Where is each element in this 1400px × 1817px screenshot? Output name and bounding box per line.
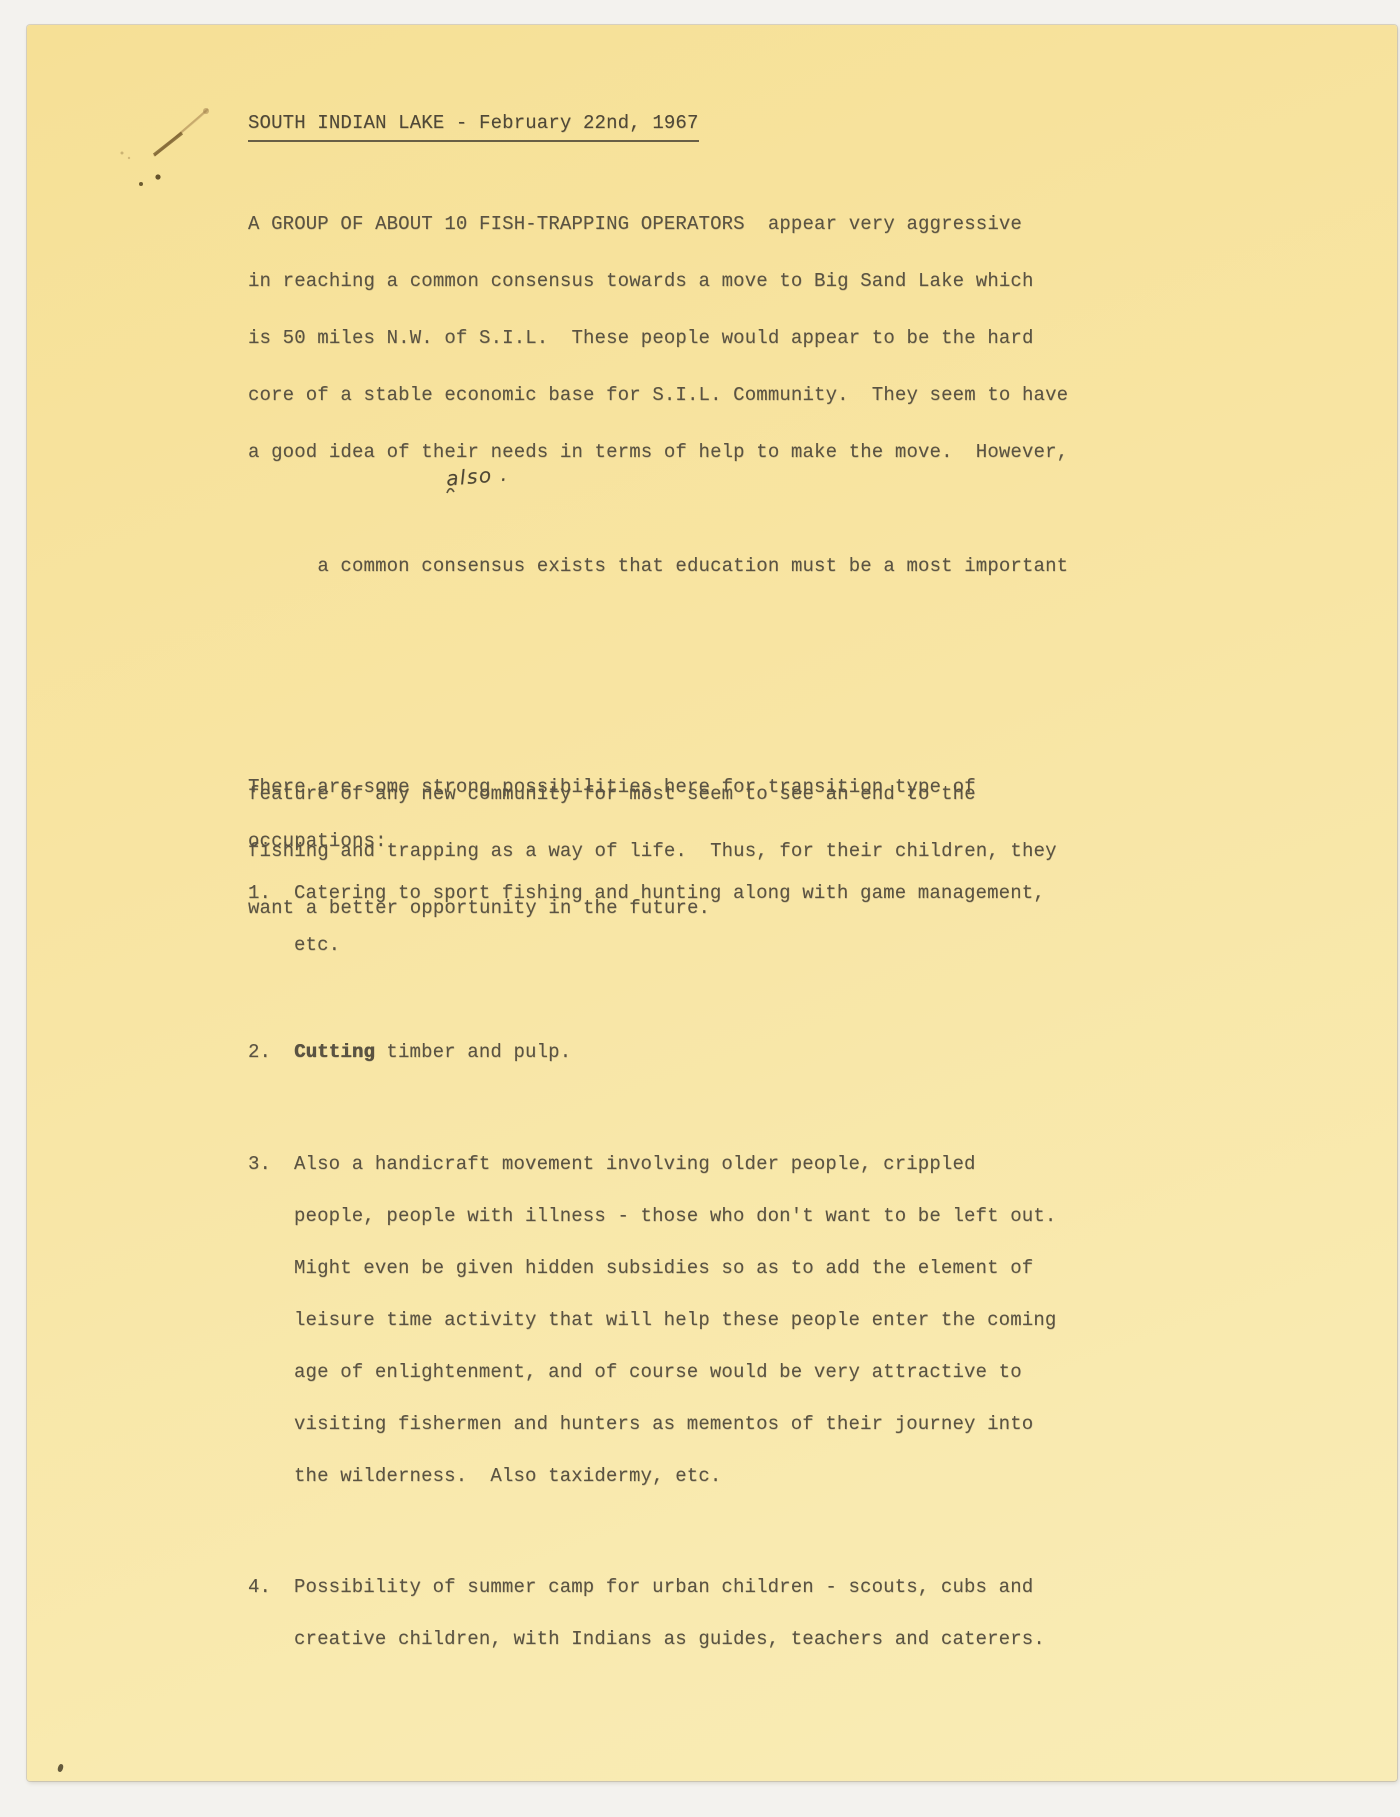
text-line: in reaching a common consensus towards a… [248,253,1068,310]
list-number: 2. [248,1026,294,1078]
list-item-4: 4. Possibility of summer camp for urban … [248,1561,1045,1665]
text-line: leisure time activity that will help the… [294,1294,1056,1346]
text-line: Might even be given hidden subsidies so … [294,1242,1056,1294]
list-number: 3. [248,1138,294,1502]
paragraph-2: There are some strong possibilities here… [248,760,976,868]
text-line: Cutting timber and pulp. [294,1026,571,1078]
text-line: people, people with illness - those who … [294,1190,1056,1242]
text-line: creative children, with Indians as guide… [294,1613,1045,1665]
list-item-text: Also a handicraft movement involving old… [294,1138,1056,1502]
line-rest: timber and pulp. [375,1041,571,1063]
text-line: is 50 miles N.W. of S.I.L. These people … [248,310,1068,367]
text-line: Catering to sport fishing and hunting al… [294,867,1045,919]
list-item-text: Possibility of summer camp for urban chi… [294,1561,1045,1665]
text-line: Possibility of summer camp for urban chi… [294,1561,1045,1613]
list-item-2: 2. Cutting timber and pulp. [248,1026,571,1078]
list-number: 1. [248,867,294,971]
overstruck-word: Cutting [294,1041,375,1063]
document-title: SOUTH INDIAN LAKE - February 22nd, 1967 [248,112,699,142]
list-item-text: Catering to sport fishing and hunting al… [294,867,1045,971]
text-line: There are some strong possibilities here… [248,760,976,814]
list-number: 4. [248,1561,294,1665]
text-line-with-insertion: a common consensus exists that education… [248,481,1068,766]
document-text: SOUTH INDIAN LAKE - February 22nd, 1967 … [0,0,1400,1817]
insertion-caret-icon [445,484,457,494]
text-line: etc. [294,919,1045,971]
text-line: a good idea of their needs in terms of h… [248,424,1068,481]
text-line: age of enlightenment, and of course woul… [294,1346,1056,1398]
list-item-1: 1. Catering to sport fishing and hunting… [248,867,1045,971]
text-line: occupations: [248,814,976,868]
insertion-after-text: exists that education must be a most imp… [525,555,1068,577]
text-line: core of a stable economic base for S.I.L… [248,367,1068,424]
insertion-before-text: a common consensus [317,555,525,577]
list-item-text: Cutting timber and pulp. [294,1026,571,1078]
text-line: A GROUP OF ABOUT 10 FISH-TRAPPING OPERAT… [248,196,1068,253]
list-item-3: 3. Also a handicraft movement involving … [248,1138,1056,1502]
text-line: Also a handicraft movement involving old… [294,1138,1056,1190]
text-line: the wilderness. Also taxidermy, etc. [294,1450,1056,1502]
text-line: visiting fishermen and hunters as mement… [294,1398,1056,1450]
